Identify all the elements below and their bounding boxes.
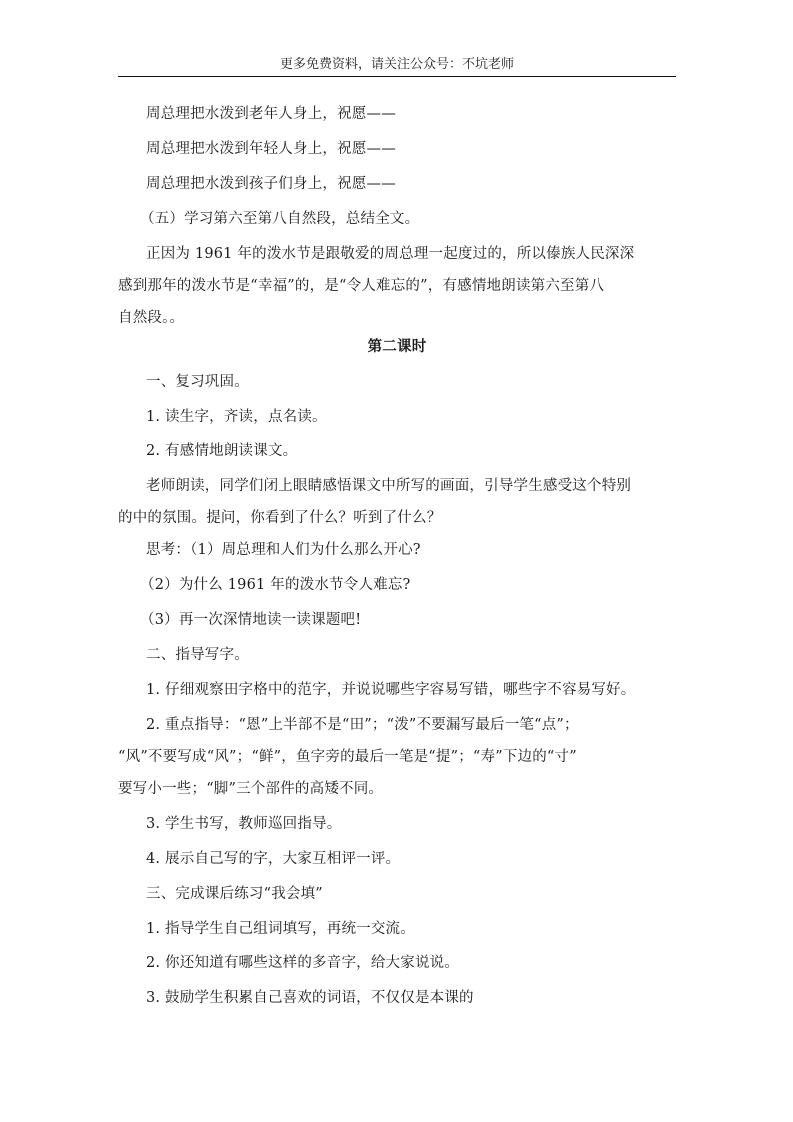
paragraph-line: 2. 重点指导：“恩”上半部不是“田”；“泼”不要漏写最后一笔“点”； [146, 715, 579, 735]
paragraph-line: 正因为 1961 年的泼水节是跟敬爱的周总理一起度过的，所以傣族人民深深 [146, 244, 634, 264]
paragraph-line: （五）学习第六至第八自然段，总结全文。 [140, 209, 419, 229]
section-title: 第二课时 [118, 337, 676, 357]
paragraph-line: 三、完成课后练习“我会填” [146, 884, 323, 904]
paragraph-line: 要写小一些；“脚”三个部件的高矮不同。 [118, 779, 383, 799]
paragraph-line: 3. 鼓励学生积累自己喜欢的词语，不仅仅是本课的 [146, 988, 474, 1008]
paragraph-line: 自然段。。 [118, 308, 184, 328]
paragraph-line: 一、复习巩固。 [146, 372, 249, 392]
paragraph-line: 1. 仔细观察田字格中的范字，并说说哪些字容易写错，哪些字不容易写好。 [146, 680, 635, 700]
paragraph-line: 的中的氛围。提问，你看到了什么？听到了什么？ [118, 508, 441, 528]
paragraph-line: 二、指导写字。 [146, 645, 249, 665]
paragraph-line: （3）再一次深情地读一读课题吧! [140, 610, 361, 630]
paragraph-line: 1. 指导学生自己组词填写，再统一交流。 [146, 919, 415, 939]
paragraph-line: 1. 读生字，齐读，点名读。 [146, 407, 327, 427]
paragraph-line: 3. 学生书写，教师巡回指导。 [146, 814, 341, 834]
paragraph-line: 老师朗读，同学们闭上眼睛感悟课文中所写的画面，引导学生感受这个特别 [146, 476, 631, 496]
paragraph-line: 感到那年的泼水节是“幸福”的，是“令人难忘的”，有感情地朗读第六至第八 [118, 276, 604, 296]
paragraph-line: 周总理把水泼到年轻人身上，祝愿—— [146, 139, 396, 159]
paragraph-line: 周总理把水泼到老年人身上，祝愿—— [146, 104, 396, 124]
paragraph-line: 思考：（1）周总理和人们为什么那么开心? [146, 540, 421, 560]
paragraph-line: （2）为什么 1961 年的泼水节令人难忘? [140, 575, 411, 595]
paragraph-line: 4. 展示自己写的字，大家互相评一评。 [146, 849, 400, 869]
page-header: 更多免费资料，请关注公众号：不坑老师 [118, 56, 676, 74]
header-divider [118, 76, 676, 77]
paragraph-line: 2. 有感情地朗读课文。 [146, 441, 297, 461]
paragraph-line: “风”不要写成“风”；“鲜”，鱼字旁的最后一笔是“提”；“寿”下边的“寸” [118, 747, 577, 767]
paragraph-line: 周总理把水泼到孩子们身上，祝愿—— [146, 174, 396, 194]
paragraph-line: 2. 你还知道有哪些这样的多音字，给大家说说。 [146, 953, 459, 973]
